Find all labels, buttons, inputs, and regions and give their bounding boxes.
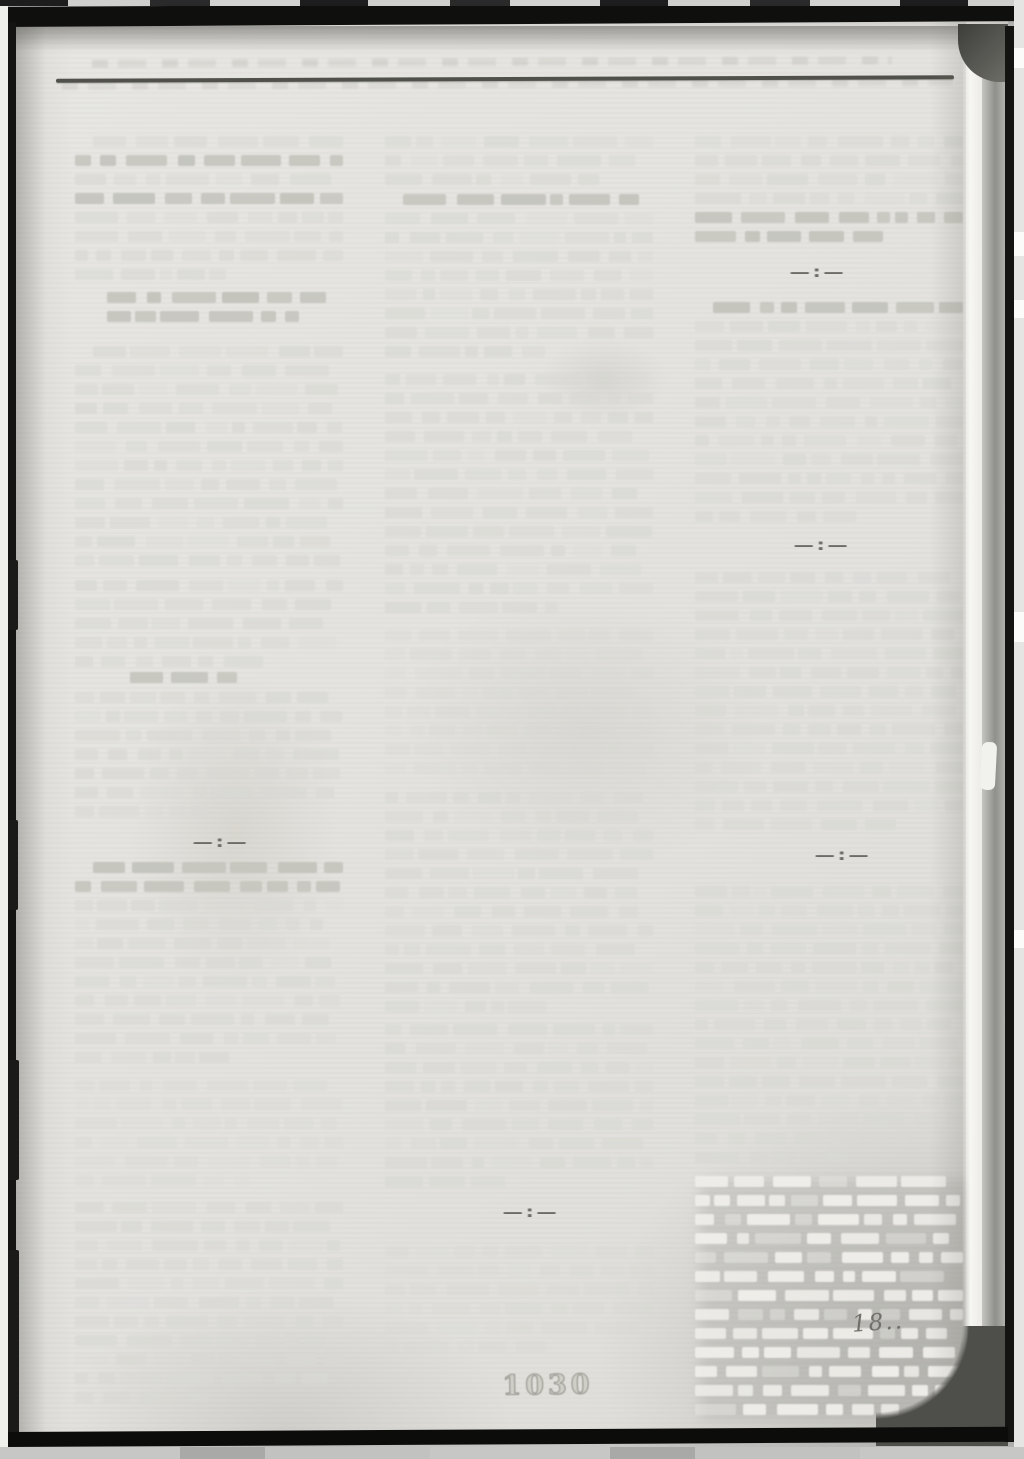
word-blob	[797, 1347, 840, 1358]
word-blob	[136, 136, 168, 147]
faded-text-line	[75, 342, 343, 361]
word-blob	[414, 469, 457, 480]
word-blob	[484, 346, 512, 357]
faded-text-line	[385, 408, 653, 427]
word-blob	[508, 1024, 547, 1035]
word-blob	[512, 1119, 540, 1130]
faded-text-line	[385, 170, 653, 189]
word-blob	[826, 340, 872, 351]
word-blob	[164, 711, 187, 722]
word-blob	[818, 1214, 860, 1225]
word-blob	[93, 1099, 110, 1110]
word-blob	[262, 599, 287, 610]
word-blob	[222, 292, 259, 303]
faded-text-line	[385, 1039, 653, 1058]
word-blob	[695, 1366, 717, 1377]
word-blob	[295, 599, 331, 610]
word-blob	[774, 1038, 790, 1049]
word-blob	[865, 416, 877, 427]
word-blob	[226, 479, 260, 490]
faded-text-line	[695, 977, 963, 996]
word-blob	[874, 1019, 893, 1030]
word-blob	[755, 1133, 786, 1144]
word-blob	[227, 555, 241, 566]
word-blob	[734, 743, 765, 754]
word-blob	[480, 1303, 500, 1314]
word-blob	[781, 302, 797, 313]
word-blob	[533, 289, 576, 300]
word-blob	[447, 1284, 489, 1295]
word-blob	[565, 830, 595, 841]
word-blob	[75, 1033, 116, 1044]
word-blob	[574, 545, 601, 556]
word-blob	[862, 943, 878, 954]
faded-text-line	[385, 1299, 653, 1318]
word-blob	[261, 637, 289, 648]
word-blob	[113, 1014, 150, 1025]
word-blob	[798, 648, 821, 659]
faded-text-line	[385, 541, 653, 560]
word-blob	[791, 962, 805, 973]
word-blob	[475, 1100, 503, 1111]
word-blob	[277, 250, 316, 261]
word-blob	[75, 441, 116, 452]
word-blob	[279, 346, 310, 357]
word-blob	[284, 1335, 298, 1346]
faded-text-line	[75, 576, 343, 595]
word-blob	[695, 1214, 714, 1225]
word-blob	[507, 564, 539, 575]
word-blob	[771, 762, 805, 773]
word-blob	[537, 830, 560, 841]
word-blob	[426, 1100, 467, 1111]
word-blob	[825, 572, 842, 583]
word-blob	[726, 397, 767, 408]
word-blob	[639, 1284, 653, 1295]
word-blob	[117, 422, 161, 433]
word-blob	[533, 450, 556, 461]
word-blob	[773, 781, 808, 792]
word-blob	[171, 1278, 183, 1289]
word-blob	[419, 630, 450, 641]
word-blob	[515, 963, 557, 974]
word-blob	[75, 749, 98, 760]
word-blob	[509, 1265, 530, 1276]
faded-text-line	[75, 915, 343, 934]
word-blob	[385, 925, 425, 936]
word-blob	[744, 781, 767, 792]
word-blob	[425, 1001, 458, 1012]
word-blob	[812, 962, 856, 973]
word-blob	[212, 460, 225, 471]
word-blob	[75, 1240, 98, 1251]
faded-text-line	[695, 1129, 963, 1148]
word-blob	[764, 1347, 791, 1358]
word-blob	[463, 687, 478, 698]
word-blob	[299, 1297, 334, 1308]
word-blob	[162, 656, 191, 667]
word-blob	[578, 174, 600, 185]
word-blob	[286, 768, 308, 779]
word-blob	[742, 492, 783, 503]
word-blob	[551, 944, 585, 955]
word-blob	[713, 302, 750, 313]
word-blob	[463, 725, 482, 736]
word-blob	[121, 1118, 162, 1129]
word-blob	[597, 649, 643, 660]
word-blob	[747, 943, 762, 954]
word-blob	[261, 787, 306, 798]
word-blob	[611, 545, 636, 556]
word-blob	[695, 1252, 716, 1263]
word-blob	[763, 1385, 782, 1396]
word-blob	[506, 630, 552, 641]
word-blob	[721, 962, 748, 973]
word-blob	[877, 212, 890, 223]
word-blob	[219, 1354, 235, 1365]
word-blob	[211, 787, 255, 798]
word-blob	[567, 849, 613, 860]
word-blob	[591, 706, 625, 717]
word-blob	[841, 1233, 878, 1244]
faded-text-line	[695, 189, 963, 208]
faded-text-line	[695, 431, 963, 450]
word-blob	[884, 359, 909, 370]
word-blob	[441, 1081, 455, 1092]
faded-text-line	[695, 450, 963, 469]
word-blob	[150, 768, 169, 779]
word-blob	[550, 668, 581, 679]
word-blob	[421, 1081, 435, 1092]
word-blob	[695, 591, 738, 602]
faded-text-line	[385, 997, 653, 1016]
word-blob	[75, 231, 118, 242]
word-blob	[280, 193, 314, 204]
word-blob	[695, 1000, 738, 1011]
word-blob	[278, 862, 318, 873]
word-blob	[580, 583, 612, 594]
word-blob	[620, 849, 653, 860]
word-blob	[801, 1038, 839, 1049]
section-separator: —:—	[193, 833, 250, 851]
word-blob	[779, 610, 812, 621]
faded-text-line	[385, 883, 653, 902]
word-blob	[772, 1152, 794, 1163]
word-blob	[171, 672, 208, 683]
word-blob	[218, 938, 242, 949]
word-blob	[130, 672, 163, 683]
word-blob	[695, 686, 729, 697]
word-blob	[385, 1176, 423, 1187]
word-blob	[300, 1137, 319, 1148]
word-blob	[446, 232, 483, 243]
word-blob	[596, 1246, 628, 1257]
word-blob	[731, 454, 774, 465]
word-blob	[424, 431, 464, 442]
faded-text-line	[385, 759, 653, 778]
faded-text-line	[385, 522, 653, 541]
word-blob	[139, 403, 172, 414]
word-blob	[385, 1322, 428, 1333]
faded-paragraph	[75, 1198, 343, 1407]
word-blob	[468, 450, 484, 461]
word-blob	[293, 938, 330, 949]
word-blob	[410, 564, 424, 575]
word-blob	[313, 768, 340, 779]
word-blob	[285, 365, 329, 376]
word-blob	[528, 706, 555, 717]
word-blob	[506, 792, 519, 803]
word-blob	[823, 1195, 852, 1206]
word-blob	[750, 511, 787, 522]
word-blob	[638, 251, 653, 262]
word-blob	[199, 1297, 239, 1308]
word-blob	[114, 599, 158, 610]
faded-text-line	[75, 151, 343, 170]
word-blob	[810, 359, 839, 370]
word-blob	[521, 887, 546, 898]
word-blob	[775, 136, 801, 147]
word-blob	[468, 963, 506, 974]
word-blob	[174, 938, 211, 949]
word-blob	[255, 900, 293, 911]
word-blob	[839, 212, 869, 223]
word-blob	[906, 492, 927, 503]
word-blob	[558, 630, 585, 641]
word-blob	[385, 982, 418, 993]
word-blob	[457, 564, 497, 575]
word-blob	[127, 212, 155, 223]
faded-paragraph	[385, 190, 653, 361]
word-blob	[695, 762, 712, 773]
word-blob	[852, 1404, 873, 1415]
faded-text-line	[75, 1236, 343, 1255]
word-blob	[428, 488, 468, 499]
word-blob	[385, 887, 408, 898]
word-blob	[818, 174, 856, 185]
word-blob	[556, 687, 587, 698]
word-blob	[803, 1328, 828, 1339]
word-blob	[826, 473, 850, 484]
word-blob	[739, 473, 781, 484]
word-blob	[385, 327, 417, 338]
word-blob	[915, 962, 930, 973]
word-blob	[478, 1265, 499, 1276]
faded-text-line	[75, 802, 343, 821]
word-blob	[325, 900, 343, 911]
word-blob	[478, 1341, 507, 1352]
word-blob	[107, 292, 136, 303]
faded-text-line	[695, 469, 963, 488]
word-blob	[385, 687, 406, 698]
word-blob	[262, 403, 299, 414]
word-blob	[245, 231, 290, 242]
word-blob	[494, 308, 536, 319]
word-blob	[75, 995, 94, 1006]
word-blob	[905, 686, 924, 697]
word-blob	[103, 403, 128, 414]
right-page-shadow	[930, 22, 966, 1436]
word-blob	[309, 136, 343, 147]
word-blob	[883, 781, 929, 792]
word-blob	[453, 1024, 497, 1035]
word-blob	[733, 1328, 758, 1339]
word-blob	[479, 944, 504, 955]
word-blob	[158, 441, 201, 452]
faded-text-line	[385, 598, 653, 617]
word-blob	[910, 193, 927, 204]
page-curl-notch	[980, 742, 997, 791]
word-blob	[406, 792, 447, 803]
word-blob	[569, 194, 611, 205]
word-blob	[509, 1100, 540, 1111]
faded-text-line	[385, 209, 653, 228]
word-blob	[570, 1265, 594, 1276]
word-blob	[301, 1373, 327, 1384]
page-curl-edge	[982, 28, 1006, 1438]
word-blob	[850, 1000, 866, 1011]
word-blob	[506, 270, 541, 281]
word-blob	[893, 962, 908, 973]
word-blob	[773, 686, 812, 697]
word-blob	[130, 346, 169, 357]
word-blob	[588, 327, 615, 338]
word-blob	[93, 862, 125, 873]
word-blob	[160, 365, 199, 376]
word-blob	[573, 136, 617, 147]
faded-text-line	[75, 1048, 343, 1067]
faded-text-line	[695, 625, 963, 644]
faded-text-line	[385, 845, 653, 864]
word-blob	[620, 1024, 653, 1035]
word-blob	[478, 792, 501, 803]
word-blob	[411, 155, 437, 166]
word-blob	[841, 1076, 885, 1087]
faded-text-line	[695, 1305, 963, 1324]
word-blob	[297, 422, 316, 433]
word-blob	[744, 1114, 780, 1125]
page-edge-tick	[1014, 930, 1024, 948]
faded-text-line	[385, 902, 653, 921]
word-blob	[501, 668, 544, 679]
word-blob	[882, 473, 895, 484]
word-blob	[904, 321, 917, 332]
faded-text-line	[695, 1210, 963, 1229]
word-blob	[626, 374, 650, 385]
word-blob	[255, 768, 279, 779]
word-blob	[75, 384, 98, 395]
word-blob	[777, 1057, 796, 1068]
faded-text-line	[695, 1172, 963, 1191]
word-blob	[179, 346, 221, 357]
faded-text-line	[75, 361, 343, 380]
word-blob	[581, 792, 603, 803]
word-blob	[147, 292, 162, 303]
word-blob	[601, 1265, 623, 1276]
word-blob	[771, 819, 813, 830]
word-blob	[581, 412, 601, 423]
word-blob	[465, 1043, 504, 1054]
word-blob	[75, 692, 94, 703]
word-blob	[822, 492, 845, 503]
word-blob	[557, 155, 601, 166]
word-blob	[765, 1095, 782, 1106]
faded-text-line	[695, 796, 963, 815]
word-blob	[75, 250, 88, 261]
word-blob	[458, 630, 498, 641]
word-blob	[97, 900, 126, 911]
word-blob	[551, 431, 587, 442]
word-blob	[719, 359, 751, 370]
word-blob	[75, 269, 113, 280]
word-blob	[106, 711, 120, 722]
faded-text-line	[695, 208, 963, 227]
word-blob	[412, 906, 445, 917]
word-blob	[873, 1000, 919, 1011]
faded-paragraph	[385, 132, 653, 189]
word-blob	[256, 1335, 278, 1346]
word-blob	[319, 441, 343, 452]
word-blob	[323, 1316, 342, 1327]
word-blob	[627, 744, 653, 755]
word-blob	[857, 435, 881, 446]
word-blob	[244, 498, 289, 509]
word-blob	[75, 1259, 97, 1270]
word-blob	[265, 1014, 295, 1025]
word-blob	[201, 479, 219, 490]
word-blob	[498, 393, 528, 404]
word-blob	[714, 1195, 730, 1206]
word-blob	[385, 469, 410, 480]
faded-text-line	[695, 1248, 963, 1267]
word-blob	[465, 469, 501, 480]
word-blob	[75, 1052, 101, 1063]
word-blob	[107, 1297, 149, 1308]
word-blob	[225, 1118, 237, 1129]
word-blob	[229, 384, 250, 395]
word-blob	[403, 194, 446, 205]
word-blob	[310, 919, 323, 930]
word-blob	[486, 412, 504, 423]
word-blob	[75, 155, 91, 166]
word-blob	[75, 1080, 94, 1091]
word-blob	[695, 155, 718, 166]
word-blob	[865, 155, 900, 166]
word-blob	[385, 744, 410, 755]
word-blob	[219, 692, 255, 703]
word-blob	[606, 526, 652, 537]
scan-margin-left	[0, 6, 8, 1459]
word-blob	[207, 212, 238, 223]
faded-text-line	[695, 374, 963, 393]
faded-text-line	[75, 551, 343, 570]
word-blob	[124, 460, 148, 471]
faded-text-line	[385, 370, 653, 389]
word-blob	[218, 136, 258, 147]
word-blob	[530, 982, 573, 993]
word-blob	[861, 473, 874, 484]
faded-text-line	[695, 1110, 963, 1129]
word-blob	[202, 730, 240, 741]
faded-paragraph	[695, 298, 963, 526]
word-blob	[729, 174, 762, 185]
word-blob	[188, 618, 233, 629]
word-blob	[535, 374, 581, 385]
scan-border-top-edge	[0, 0, 1024, 6]
word-blob	[467, 849, 504, 860]
word-blob	[147, 730, 192, 741]
word-blob	[201, 193, 225, 204]
